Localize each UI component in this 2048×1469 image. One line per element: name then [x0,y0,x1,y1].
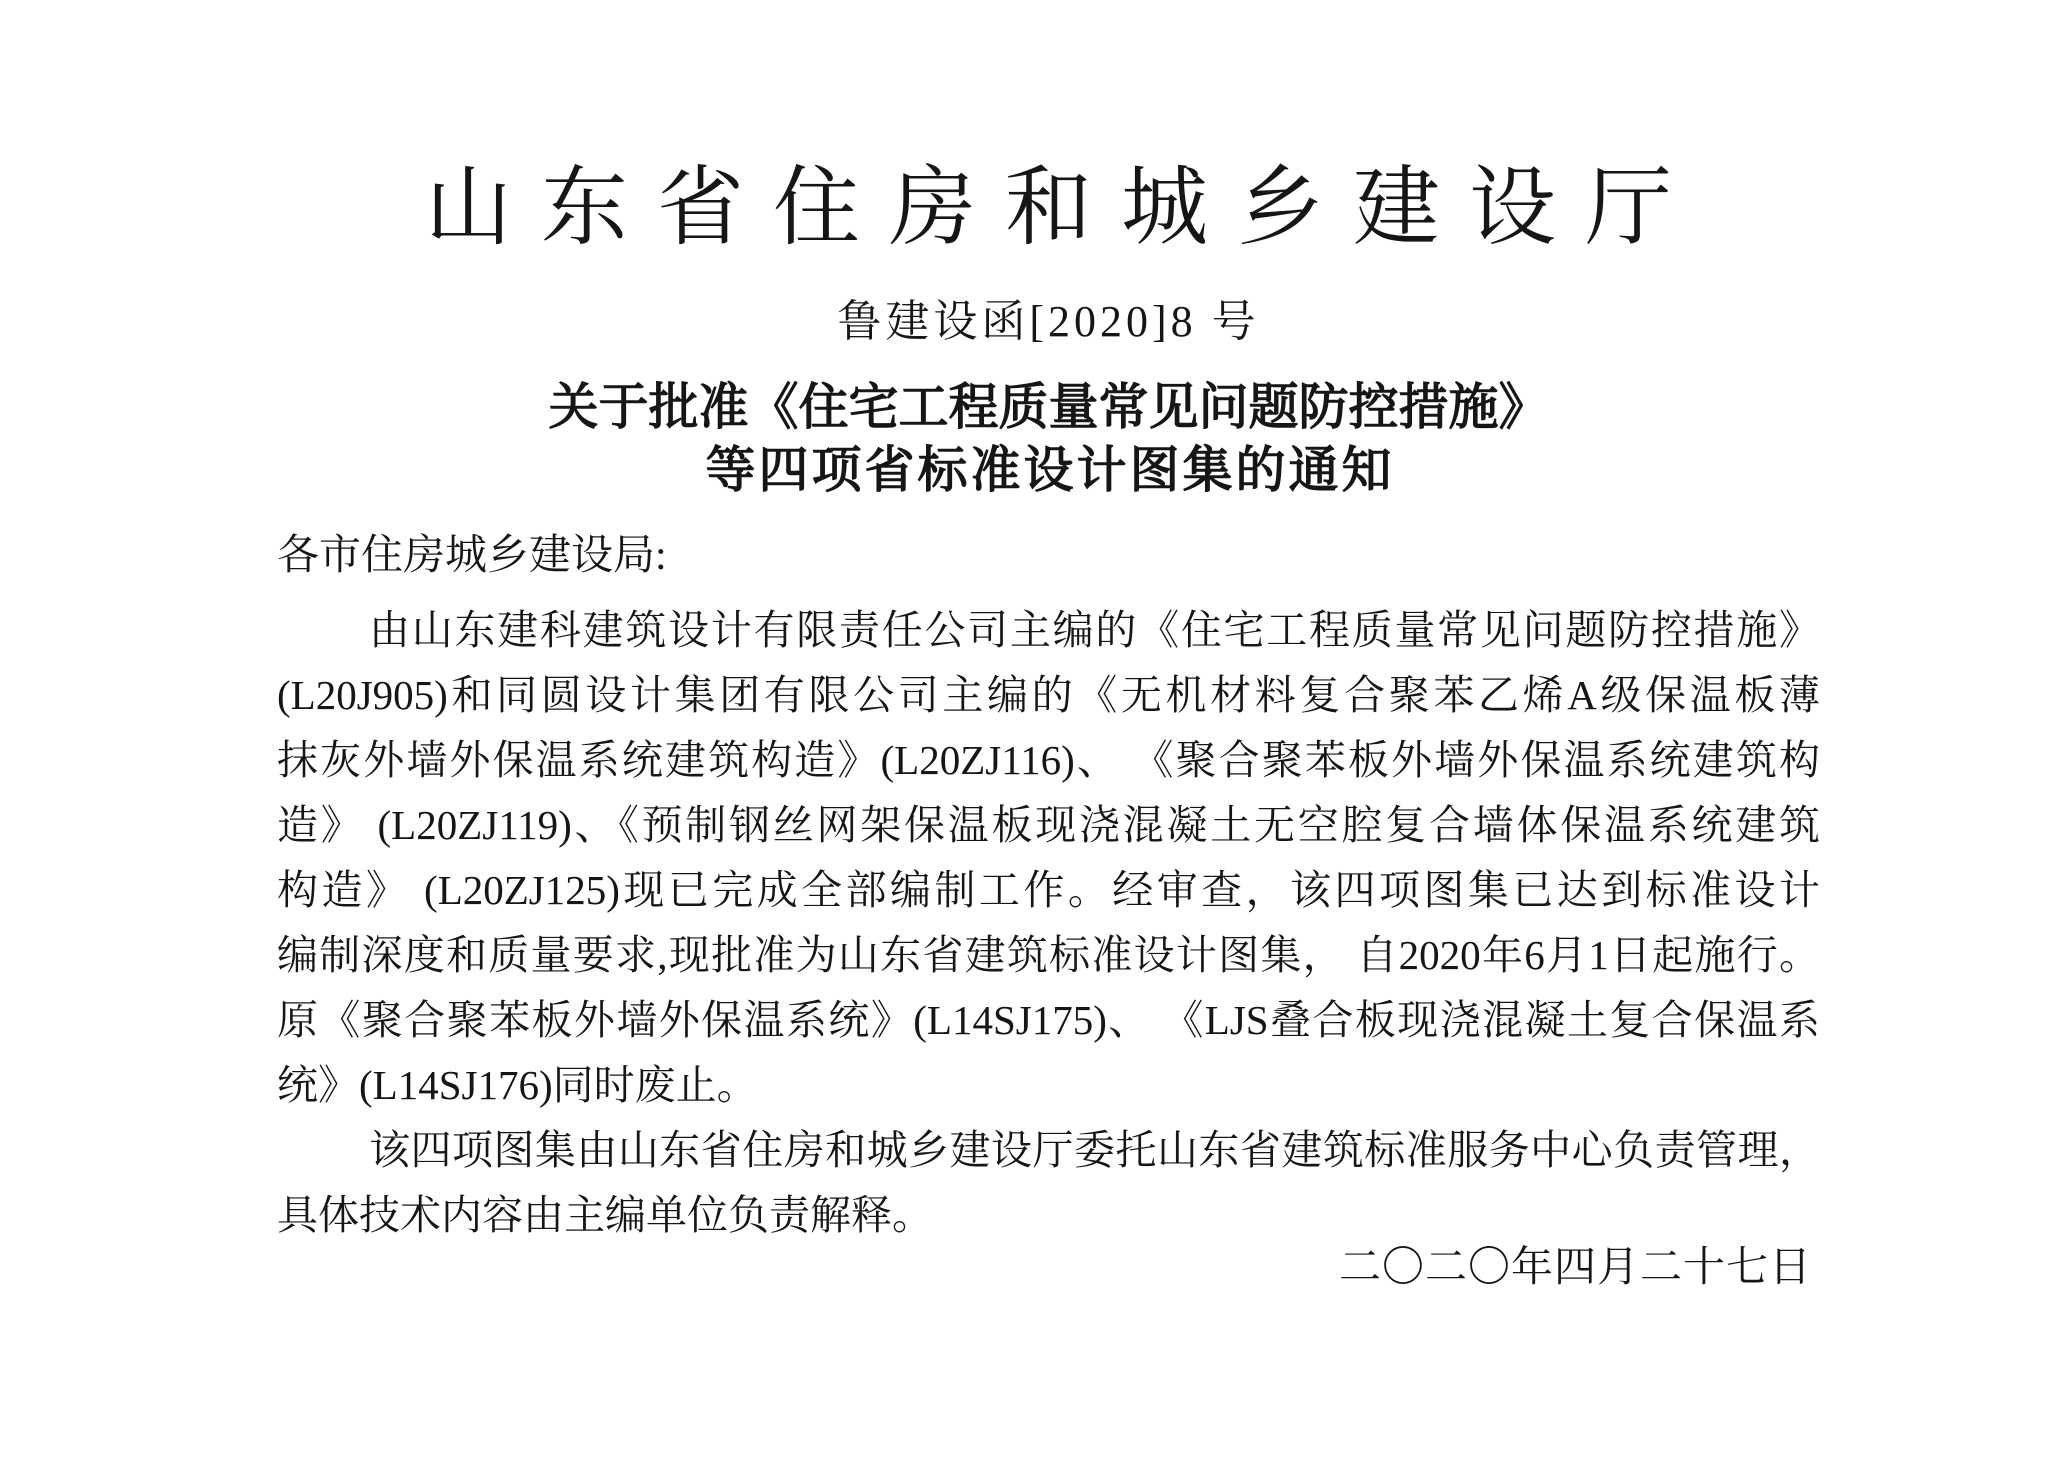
body-line: (L20J905)和同圆设计集团有限公司主编的《无机材料复合聚苯乙烯A级保温板薄 [277,663,1820,728]
document-reference-number: 鲁建设函[2020]8 号 [277,294,1820,350]
body-line: 造》 (L20ZJ119)、《预制钢丝网架保温板现浇混凝土无空腔复合墙体保温系统… [277,793,1820,858]
scanned-document-page: 山东省住房和城乡建设厅 鲁建设函[2020]8 号 关于批准《住宅工程质量常见问… [0,0,2048,1469]
salutation: 各市住房城乡建设局: [277,528,667,584]
subject-heading-line-2: 等四项省标准设计图集的通知 [277,439,1820,502]
body-line: 原《聚合聚苯板外墙外保温系统》(L14SJ175)、 《LJS叠合板现浇混凝土复… [277,988,1820,1053]
body-line: 编制深度和质量要求,现批准为山东省建筑标准设计图集， 自2020年6月1日起施行… [277,923,1820,988]
document-content: 山东省住房和城乡建设厅 鲁建设函[2020]8 号 关于批准《住宅工程质量常见问… [277,0,1820,1469]
body-line: 该四项图集由山东省住房和城乡建设厅委托山东省建筑标准服务中心负责管理， [277,1118,1820,1183]
issuing-authority-title: 山东省住房和城乡建设厅 [277,158,1820,258]
issue-date: 二〇二〇年四月二十七日 [277,1238,1820,1298]
notice-subject-heading: 关于批准《住宅工程质量常见问题防控措施》 等四项省标准设计图集的通知 [277,376,1820,502]
body-line: 构造》 (L20ZJ125)现已完成全部编制工作。经审查，该四项图集已达到标准设… [277,858,1820,923]
subject-heading-line-1: 关于批准《住宅工程质量常见问题防控措施》 [277,376,1820,439]
notice-body: 由山东建科建筑设计有限责任公司主编的《住宅工程质量常见问题防控措施》 (L20J… [277,598,1820,1248]
body-line: 抹灰外墙外保温系统建筑构造》(L20ZJ116)、 《聚合聚苯板外墙外保温系统建… [277,728,1820,793]
body-line: 由山东建科建筑设计有限责任公司主编的《住宅工程质量常见问题防控措施》 [277,598,1820,663]
body-line: 统》(L14SJ176)同时废止。 [277,1053,1820,1118]
